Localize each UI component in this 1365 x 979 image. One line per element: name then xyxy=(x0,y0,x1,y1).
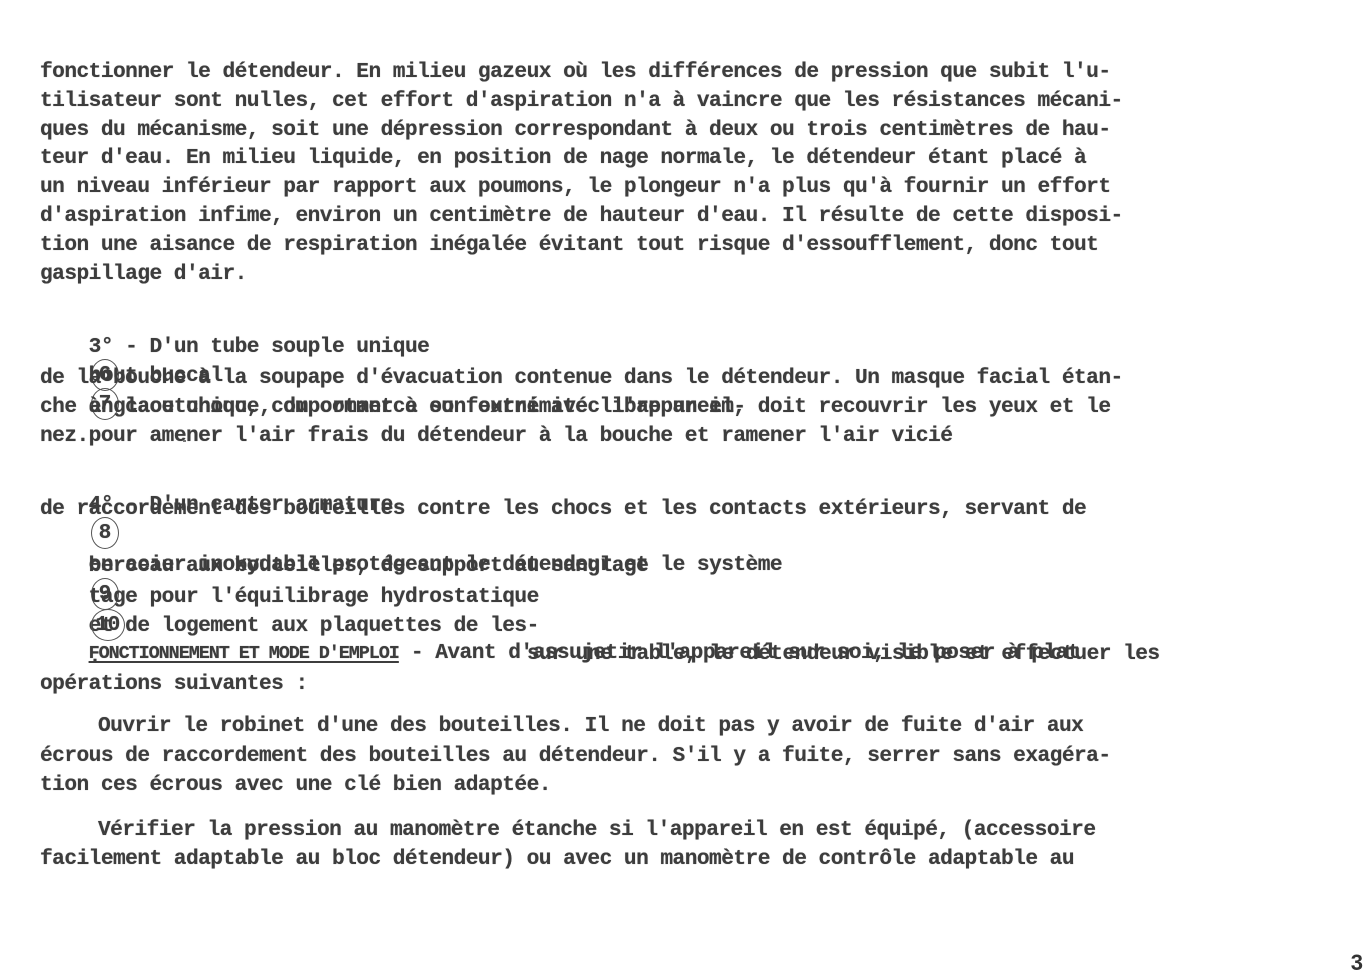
page-number: 3 xyxy=(1351,950,1363,976)
text-line: Ouvrir le robinet d'une des bouteilles. … xyxy=(98,712,1083,740)
item-3-line: che à glace unique, du commerce ou fourn… xyxy=(40,393,1110,421)
item-4-text: tage pour l'équilibrage hydrostatique xyxy=(89,585,539,609)
text-line: facilement adaptable au bloc détendeur) … xyxy=(40,845,1074,873)
section-intro-line: opérations suivantes : xyxy=(40,670,308,698)
text-line: teur d'eau. En milieu liquide, en positi… xyxy=(40,144,1086,172)
section-heading: FONCTIONNEMENT ET MODE D'EMPLOI xyxy=(89,643,399,664)
scan-speck xyxy=(183,440,186,442)
text-line: un niveau inférieur par rapport aux poum… xyxy=(40,173,1110,201)
document-page: fonctionner le détendeur. En milieu gaze… xyxy=(0,0,1365,979)
text-line: ques du mécanisme, soit une dépression c… xyxy=(40,116,1110,144)
item-3-text: pour amener l'air frais du détendeur à l… xyxy=(89,424,953,448)
text-line: gaspillage d'air. xyxy=(40,260,247,288)
text-line: tion ces écrous avec une clé bien adapté… xyxy=(40,771,551,799)
section-intro-line: sur une table, le détendeur visible et e… xyxy=(527,640,1160,668)
text-line: écrous de raccordement des bouteilles au… xyxy=(40,742,1110,770)
text-line: d'aspiration infime, environ un centimèt… xyxy=(40,202,1123,230)
text-line: Vérifier la pression au manomètre étanch… xyxy=(98,816,1096,844)
item-3-line: de la bouche à la soupape d'évacuation c… xyxy=(40,364,1123,392)
text-line: tion une aisance de respiration inégalée… xyxy=(40,231,1098,259)
text-line: tilisateur sont nulles, cet effort d'asp… xyxy=(40,87,1123,115)
item-4-line: de raccordement des bouteilles contre le… xyxy=(40,495,1086,523)
item-3-line: nez. xyxy=(40,422,89,450)
text-line: fonctionner le détendeur. En milieu gaze… xyxy=(40,58,1110,86)
